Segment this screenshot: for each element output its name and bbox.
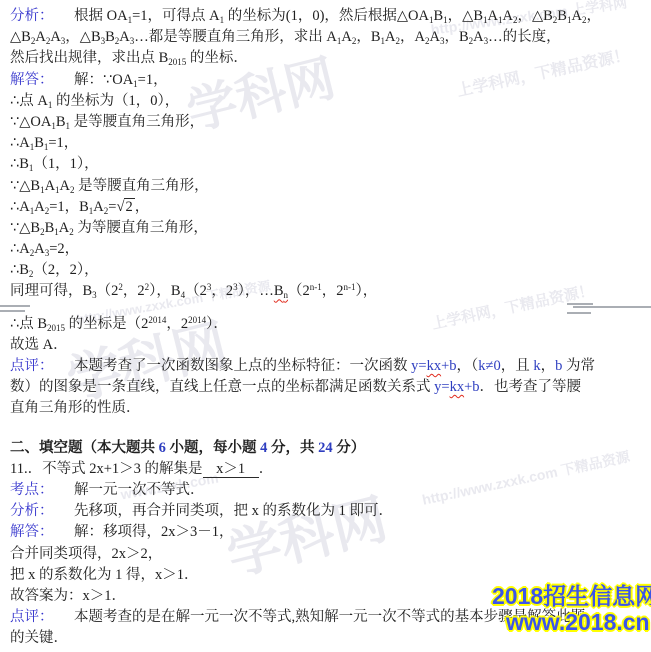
doc-line: 解答：解：∵OA1=1， xyxy=(10,70,647,91)
doc-line: 然后找出规律，求出点 B2015 的坐标． xyxy=(10,48,647,69)
doc-line: 11.．不等式 2x+1＞3 的解集是 x＞1 ． xyxy=(10,459,647,480)
page-break-right-mark xyxy=(567,303,593,305)
doc-line: 数）的图象是一条直线，直线上任意一点的坐标都满足函数关系式 y=kx+b．也考查… xyxy=(10,377,647,398)
doc-line: ∵△B2B1A2 为等腰直角三角形， xyxy=(10,218,647,239)
page-break-right-mark xyxy=(567,312,591,314)
doc-line: ∵△B1A1A2 是等腰直角三角形， xyxy=(10,176,647,197)
blank-line xyxy=(10,420,647,438)
doc-line: 分析：先移项，再合并同类项，把 x 的系数化为 1 即可． xyxy=(10,501,647,522)
doc-line: 合并同类项得，2x＞2， xyxy=(10,544,647,565)
page-break-marker xyxy=(10,303,647,314)
doc-line: ∴点 A1 的坐标为（1，0）， xyxy=(10,91,647,112)
line-label: 考点： xyxy=(10,480,74,501)
doc-line: ∴B2（2，2）， xyxy=(10,260,647,281)
doc-line: ∵△OA1B1 是等腰直角三角形， xyxy=(10,112,647,133)
doc-line: △B2A2A3，△B3B2A3…都是等腰直角三角形，求出 A1A2，B1A2，A… xyxy=(10,27,647,48)
line-label: 分析： xyxy=(10,501,74,522)
page-break-right-line xyxy=(573,306,651,308)
line-label: 点评： xyxy=(10,607,74,628)
doc-line: ∴点 B2015 的坐标是（22014，22014）． xyxy=(10,314,647,335)
doc-line: ∴A1B1=1， xyxy=(10,133,647,154)
doc-line: 点评：本题考查了一次函数图象上点的坐标特征：一次函数 y=kx+b，（k≠0，且… xyxy=(10,356,647,377)
answer-blank: x＞1 xyxy=(203,461,259,478)
solution-document: 分析：根据 OA1=1，可得点 A1 的坐标为(1，0)，然后根据△OA1B1，… xyxy=(0,0,651,649)
doc-line: 考点：解一元一次不等式． xyxy=(10,480,647,501)
line-label: 分析： xyxy=(10,6,74,27)
promo-watermark-url: www.2018.cn xyxy=(506,609,650,636)
doc-line: ∴A1A2=1，B1A2=√2， xyxy=(10,197,647,218)
document-page: { "promo": { "line1": "2018招生信息网", "line… xyxy=(0,0,651,652)
doc-line: 分析：根据 OA1=1，可得点 A1 的坐标为(1，0)，然后根据△OA1B1，… xyxy=(10,6,647,27)
doc-line: 直角三角形的性质． xyxy=(10,398,647,419)
page-break-left-mark xyxy=(0,310,25,312)
section-heading: 二、填空题（本大题共 6 小题，每小题 4 分，共 24 分） xyxy=(10,438,647,459)
line-label: 点评： xyxy=(10,356,74,377)
promo-watermark-title: 2018招生信息网 xyxy=(492,578,651,611)
line-label: 解答： xyxy=(10,522,74,543)
doc-line: ∴B1（1，1）， xyxy=(10,154,647,175)
doc-line: ∴A2A3=2， xyxy=(10,239,647,260)
page-break-left-mark xyxy=(0,305,30,307)
doc-line: 同理可得，B3（22，22），B4（23，23），…Bn（2n-1，2n-1）， xyxy=(10,281,647,302)
doc-line: 故选 A． xyxy=(10,335,647,356)
line-label: 解答： xyxy=(10,70,74,91)
doc-line: 解答：解：移项得，2x＞3－1， xyxy=(10,522,647,543)
